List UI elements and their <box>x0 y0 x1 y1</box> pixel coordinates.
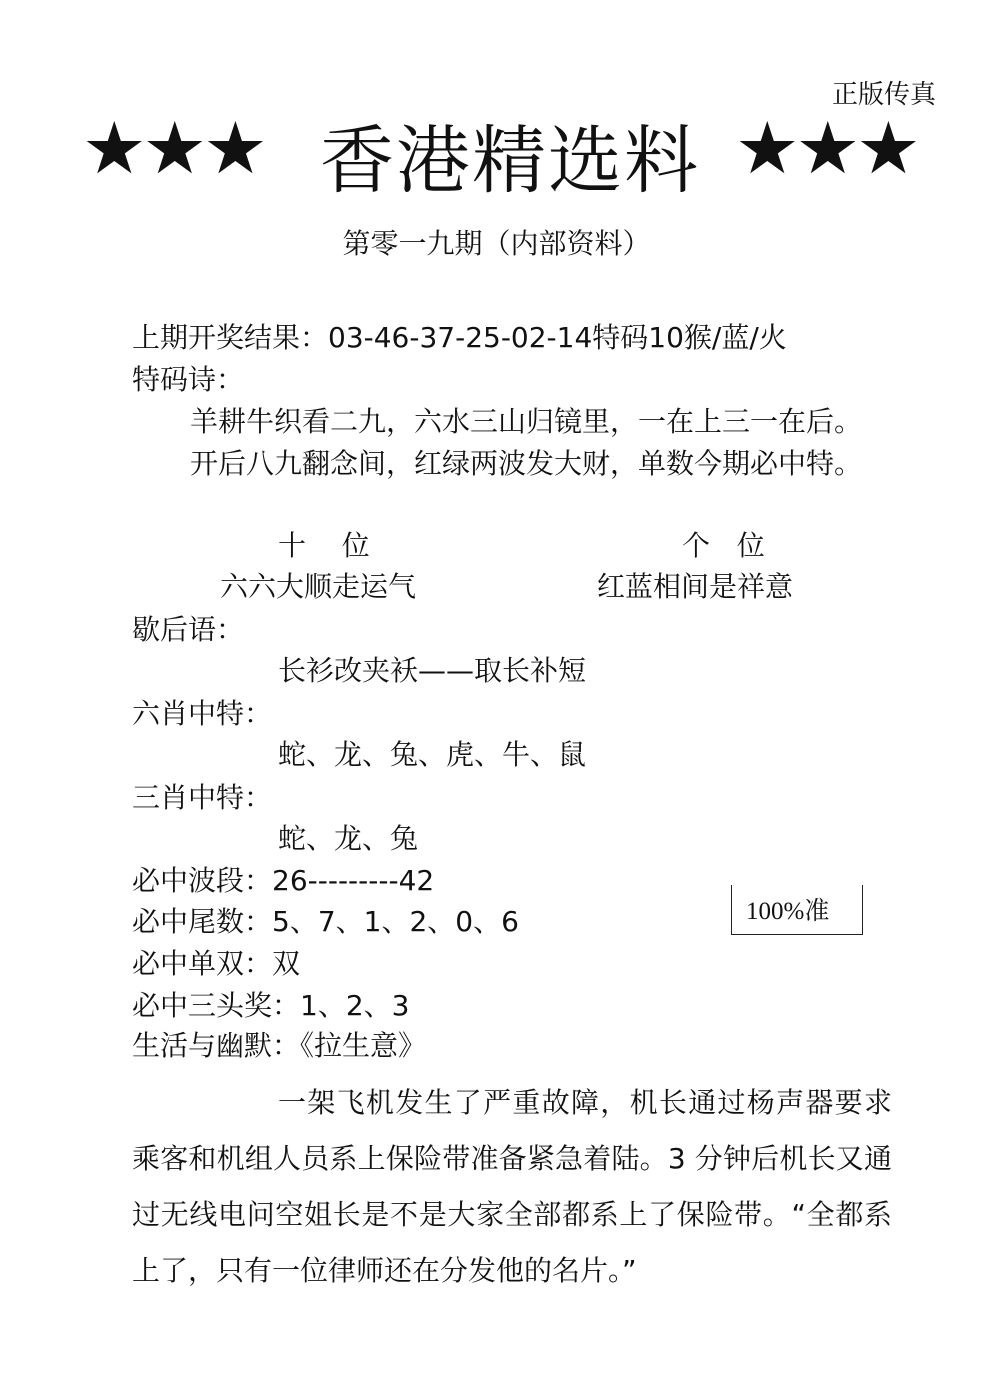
issue-subtitle: 第零一九期（内部资料） <box>0 226 993 262</box>
xiehouyu-value: 长衫改夹袄——取长补短 <box>278 653 586 689</box>
title-banner: ★★★ 香港精选料 ★★★ <box>0 108 993 208</box>
pick-label: 必中三头奖： <box>132 989 300 1022</box>
poem-line: 开后八九翻念间，红绿两波发大财，单数今期必中特。 <box>190 446 862 482</box>
tens-header: 十 位 <box>278 528 370 564</box>
pick-label: 生活与幽默： <box>132 1029 300 1062</box>
poem-label: 特码诗： <box>132 362 244 398</box>
humor-story: 一架飞机发生了严重故障，机长通过杨声器要求乘客和机组人员系上保险带准备紧急着陆。… <box>132 1075 892 1299</box>
six-zodiac-label: 六肖中特： <box>132 696 272 732</box>
pick-row-odd-even: 必中单双：双 <box>132 946 300 982</box>
pick-value: 5、7、1、2、0、6 <box>272 905 519 938</box>
pick-value: 双 <box>272 947 300 980</box>
six-zodiac-value: 蛇、龙、兔、虎、牛、鼠 <box>278 737 586 773</box>
stars-left-icon: ★★★ <box>82 108 264 188</box>
xiehouyu-label: 歇后语： <box>132 612 244 648</box>
accuracy-badge: 100%准 <box>731 885 863 935</box>
three-zodiac-label: 三肖中特： <box>132 780 272 816</box>
pick-value: 26---------42 <box>272 864 434 897</box>
pick-label: 必中尾数： <box>132 905 272 938</box>
ones-header: 个 位 <box>682 528 765 564</box>
pick-label: 必中单双： <box>132 947 272 980</box>
pick-value: 1、2、3 <box>300 989 409 1022</box>
pick-row-humor-title: 生活与幽默：《拉生意》 <box>132 1028 426 1064</box>
page-title: 香港精选料 <box>320 116 700 206</box>
accuracy-badge-label: 100%准 <box>746 897 829 927</box>
pick-row-wave-range: 必中波段：26---------42 <box>132 863 434 899</box>
three-zodiac-value: 蛇、龙、兔 <box>278 821 418 857</box>
last-result: 上期开奖结果：03-46-37-25-02-14特码10猴/蓝/火 <box>132 320 787 356</box>
tens-hint: 六六大顺走运气 <box>220 569 416 605</box>
humor-story-text: 一架飞机发生了严重故障，机长通过杨声器要求乘客和机组人员系上保险带准备紧急着陆。… <box>132 1075 892 1299</box>
pick-value: 《拉生意》 <box>300 1029 426 1062</box>
pick-label: 必中波段： <box>132 864 272 897</box>
poem-line: 羊耕牛织看二九，六水三山归镜里，一在上三一在后。 <box>190 404 862 440</box>
pick-row-top-three: 必中三头奖：1、2、3 <box>132 988 409 1024</box>
stars-right-icon: ★★★ <box>735 108 917 188</box>
ones-hint: 红蓝相间是祥意 <box>597 569 793 605</box>
pick-row-tail-numbers: 必中尾数：5、7、1、2、0、6 <box>132 904 519 940</box>
